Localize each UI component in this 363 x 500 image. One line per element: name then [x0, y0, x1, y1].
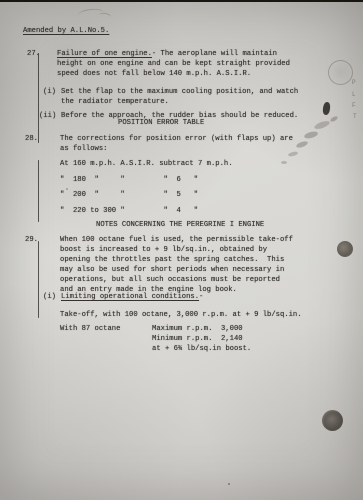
position-error-table-heading: POSITION ERROR TABLE — [118, 118, 204, 128]
para-27-item-i-label: (i) — [43, 87, 56, 97]
para-27-line-3: speed does not fall below 140 m.p.h. A.S… — [57, 69, 251, 79]
dark-stamp-mid — [337, 241, 353, 257]
octane-87-boost: at + 6¾ lb/sq.in boost. — [152, 344, 251, 354]
para-29-line-3: opening the throttles past the spring ca… — [60, 255, 284, 265]
ink-blot — [322, 102, 331, 116]
document-page: Amended by A.L.No.5. 27. Failure of one … — [0, 0, 363, 500]
para-29-line-1: When 100 octane fuel is used, the permis… — [60, 235, 293, 245]
para-27-line-1: Failure of one engine.- The aeroplane wi… — [57, 49, 277, 59]
limiting-conditions-title: Limiting operational conditions.- — [61, 292, 203, 302]
table-row-160: At 160 m.p.h. A.S.I.R. subtract 7 m.p.h. — [60, 159, 233, 169]
octane-87-max-rpm: Maximum r.p.m. 3,000 — [152, 324, 243, 334]
para-28-intro-line-1: The corrections for position error (with… — [60, 134, 293, 144]
ink-smudge — [330, 115, 339, 122]
ink-smudge — [313, 119, 330, 130]
para-28-number: 28. — [25, 134, 38, 144]
para-27-item-ii-label: (ii) — [39, 111, 56, 121]
table-row-220-300: " 220 to 300 " " 4 " — [60, 206, 198, 216]
paper-speck — [228, 483, 230, 485]
paper-speck — [66, 188, 68, 190]
amendment-bar-28 — [38, 160, 39, 222]
photo-top-edge — [0, 0, 363, 2]
limiting-conditions-dash: - — [199, 293, 203, 301]
ink-smudge — [288, 151, 299, 157]
octane-87-min-rpm: Minimum r.p.m. 2,140 — [152, 334, 243, 344]
takeoff-conditions-line: Take-off, with 100 octane, 3,000 r.p.m. … — [60, 310, 302, 320]
edge-mark-letter: L — [352, 91, 356, 98]
edge-mark-letter: P — [352, 79, 356, 86]
para-27-line-2: height on one engine and can be kept str… — [57, 59, 290, 69]
para-27-title: Failure of one engine. — [57, 50, 152, 58]
para-29-line-5: operations, but all such occasions must … — [60, 275, 280, 285]
ink-smudge — [281, 161, 287, 164]
para-27-title-rest: - The aeroplane will maintain — [152, 50, 277, 58]
pencil-squiggle — [99, 12, 112, 20]
amendment-bar-29 — [38, 241, 39, 318]
para-27-number: 27. — [27, 49, 40, 59]
para-29-line-4: may also be used for short periods when … — [60, 265, 284, 275]
amendment-bar-27 — [38, 53, 39, 143]
limiting-conditions-underlined: Limiting operational conditions. — [61, 293, 199, 301]
para-29-line-2: boost is increased to + 9 lb/sq.in., obt… — [60, 245, 267, 255]
edge-mark-letter: F — [352, 102, 356, 109]
amendment-note: Amended by A.L.No.5. — [23, 26, 109, 36]
dark-stamp-bottom — [322, 410, 343, 431]
table-row-180: " 180 " " " 6 " — [60, 175, 198, 185]
engine-notes-heading: NOTES CONCERNING THE PEREGRINE I ENGINE — [96, 220, 264, 230]
ink-smudge — [303, 130, 318, 139]
faint-circular-stamp — [328, 60, 353, 85]
octane-87-label: With 87 octane — [60, 324, 120, 334]
para-29-number: 29. — [25, 235, 38, 245]
para-27-item-i-line-1: Set the flap to the maximum cooling posi… — [61, 87, 298, 97]
edge-mark-letter: T — [353, 113, 357, 120]
table-row-200: " 200 " " " 5 " — [60, 190, 198, 200]
ink-smudge — [296, 140, 309, 149]
para-27-item-i-line-2: the radiator temperature. — [61, 97, 169, 107]
para-29-item-i-label: (i) — [43, 292, 56, 302]
para-28-intro-line-2: as follows: — [60, 144, 107, 154]
